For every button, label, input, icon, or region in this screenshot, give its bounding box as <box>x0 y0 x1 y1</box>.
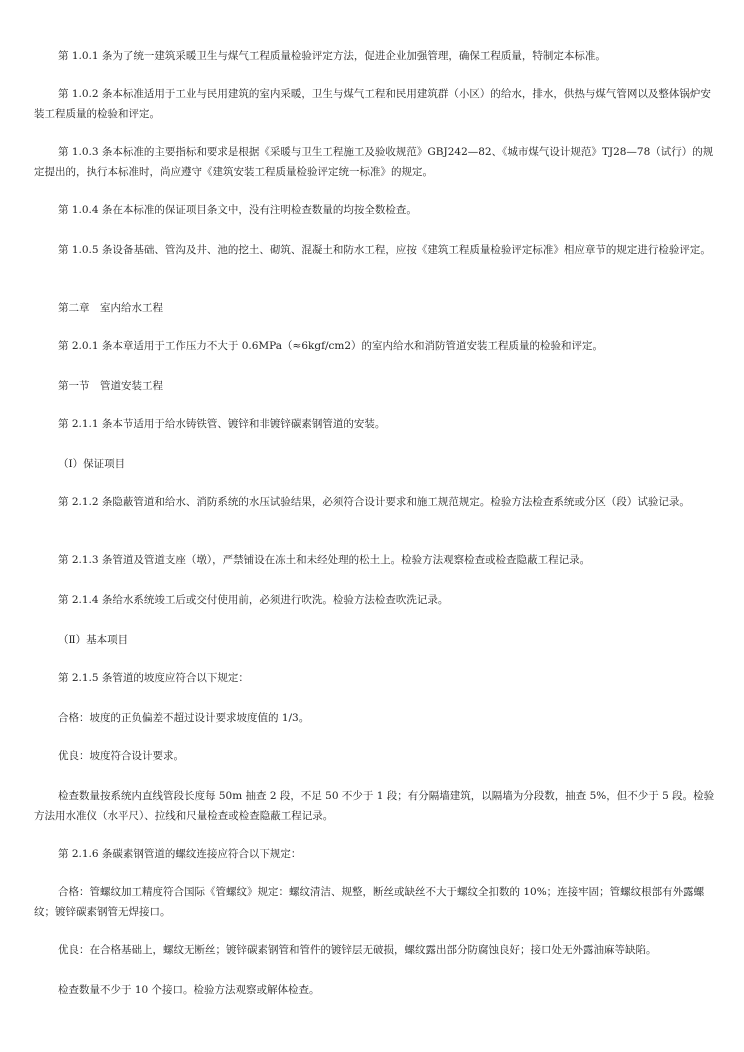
thread-inspection-quantity: 检查数量不少于 10 个接口。检验方法观察或解体检查。 <box>34 980 718 1000</box>
clause-2-1-1: 第 2.1.1 条本节适用于给水铸铁管、镀锌和非镀锌碳素钢管道的安装。 <box>34 414 718 434</box>
document-page: 第 1.0.1 条为了统一建筑采暖卫生与煤气工程质量检验评定方法，促进企业加强管… <box>0 0 744 1052</box>
slope-inspection-quantity: 检查数量按系统内直线管段长度每 50m 抽查 2 段，不足 50 不少于 1 段… <box>34 786 718 826</box>
chapter-2-heading: 第二章 室内给水工程 <box>34 298 718 318</box>
clause-2-1-3: 第 2.1.3 条管道及管道支座（墩），严禁铺设在冻土和未经处理的松土上。检验方… <box>34 550 718 570</box>
clause-2-1-5: 第 2.1.5 条管道的坡度应符合以下规定： <box>34 668 718 688</box>
clause-1-0-2: 第 1.0.2 条本标准适用于工业与民用建筑的室内采暖，卫生与煤气工程和民用建筑… <box>34 84 718 124</box>
slope-pass-criteria: 合格：坡度的正负偏差不超过设计要求坡度值的 1/3。 <box>34 708 718 728</box>
clause-1-0-5: 第 1.0.5 条设备基础、管沟及井、池的挖土、砌筑、混凝土和防水工程，应按《建… <box>34 240 718 260</box>
clause-1-0-1: 第 1.0.1 条为了统一建筑采暖卫生与煤气工程质量检验评定方法，促进企业加强管… <box>34 46 718 66</box>
thread-excellent-criteria: 优良：在合格基础上，螺纹无断丝；镀锌碳素钢管和管件的镀锌层无破损，螺纹露出部分防… <box>34 940 718 960</box>
clause-2-1-6: 第 2.1.6 条碳素钢管道的螺纹连接应符合以下规定： <box>34 844 718 864</box>
basic-items-heading: （Ⅱ）基本项目 <box>34 630 718 650</box>
clause-2-1-2: 第 2.1.2 条隐蔽管道和给水、消防系统的水压试验结果，必须符合设计要求和施工… <box>34 492 718 512</box>
clause-2-1-4: 第 2.1.4 条给水系统竣工后或交付使用前，必须进行吹洗。检验方法检查吹洗记录… <box>34 590 718 610</box>
clause-2-0-1: 第 2.0.1 条本章适用于工作压力不大于 0.6MPa（≈6kgf/cm2）的… <box>34 336 718 356</box>
thread-pass-criteria: 合格：管螺纹加工精度符合国际《管螺纹》规定：螺纹清洁、规整，断丝或缺丝不大于螺纹… <box>34 882 718 922</box>
clause-1-0-4: 第 1.0.4 条在本标准的保证项目条文中，没有注明检查数量的均按全数检查。 <box>34 200 718 220</box>
clause-1-0-3: 第 1.0.3 条本标准的主要指标和要求是根据《采暖与卫生工程施工及验收规范》G… <box>34 142 718 182</box>
section-1-heading: 第一节 管道安装工程 <box>34 376 718 396</box>
slope-excellent-criteria: 优良：坡度符合设计要求。 <box>34 746 718 766</box>
guarantee-items-heading: （Ⅰ）保证项目 <box>34 454 718 474</box>
